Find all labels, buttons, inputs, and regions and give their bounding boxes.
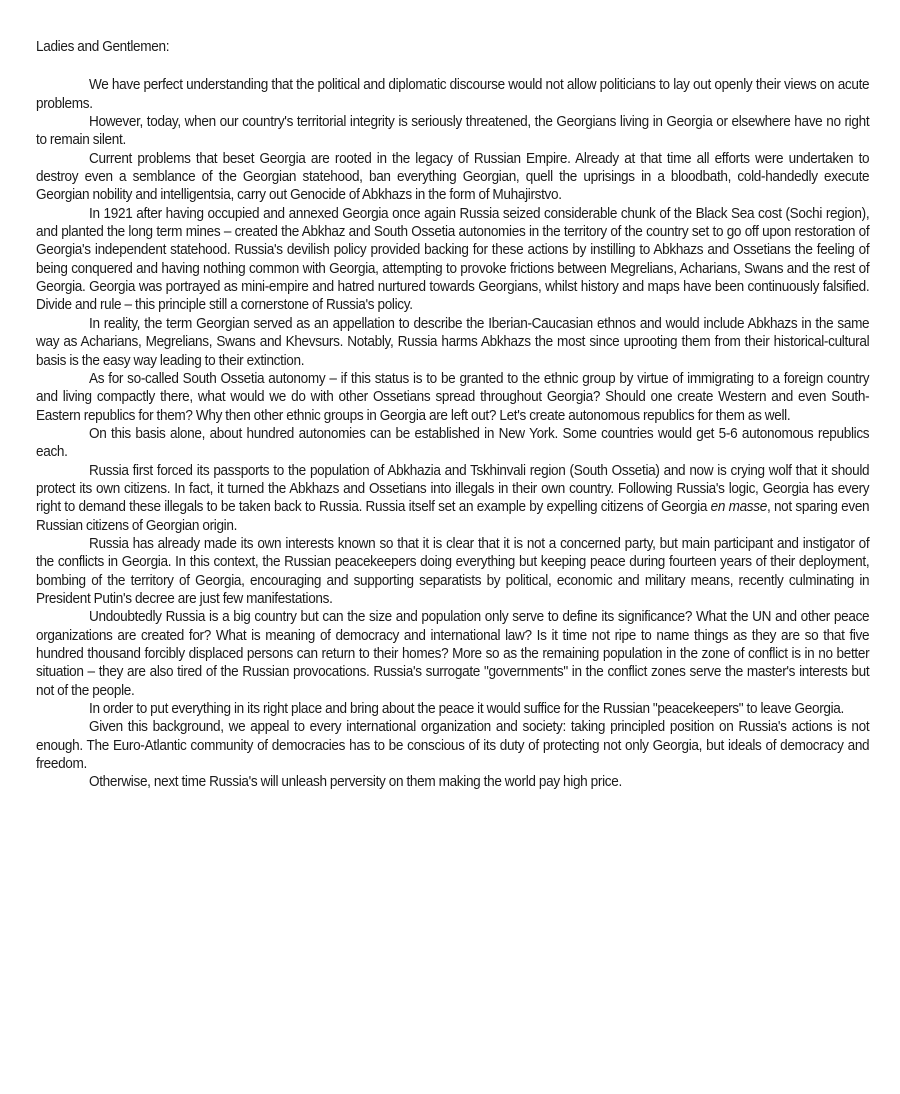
paragraph-8-italic-phrase: en masse: [711, 499, 767, 515]
paragraph-10: Undoubtedly Russia is a big country but …: [36, 608, 869, 700]
paragraph-13: Otherwise, next time Russia's will unlea…: [36, 773, 869, 791]
paragraph-5: In reality, the term Georgian served as …: [36, 315, 869, 370]
paragraph-2: However, today, when our country's terri…: [36, 113, 869, 150]
paragraph-1: We have perfect understanding that the p…: [36, 76, 869, 113]
paragraph-9: Russia has already made its own interest…: [36, 535, 869, 608]
paragraph-12: Given this background, we appeal to ever…: [36, 718, 869, 773]
paragraph-6: As for so-called South Ossetia autonomy …: [36, 370, 869, 425]
document-body: Ladies and Gentlemen: We have perfect un…: [36, 38, 869, 792]
document-page: Ladies and Gentlemen: We have perfect un…: [36, 38, 811, 792]
paragraph-7: On this basis alone, about hundred auton…: [36, 425, 869, 462]
salutation: Ladies and Gentlemen:: [36, 38, 869, 56]
paragraph-8: Russia first forced its passports to the…: [36, 462, 869, 535]
paragraph-3: Current problems that beset Georgia are …: [36, 150, 869, 205]
paragraph-11: In order to put everything in its right …: [36, 700, 869, 718]
paragraph-4: In 1921 after having occupied and annexe…: [36, 205, 869, 315]
